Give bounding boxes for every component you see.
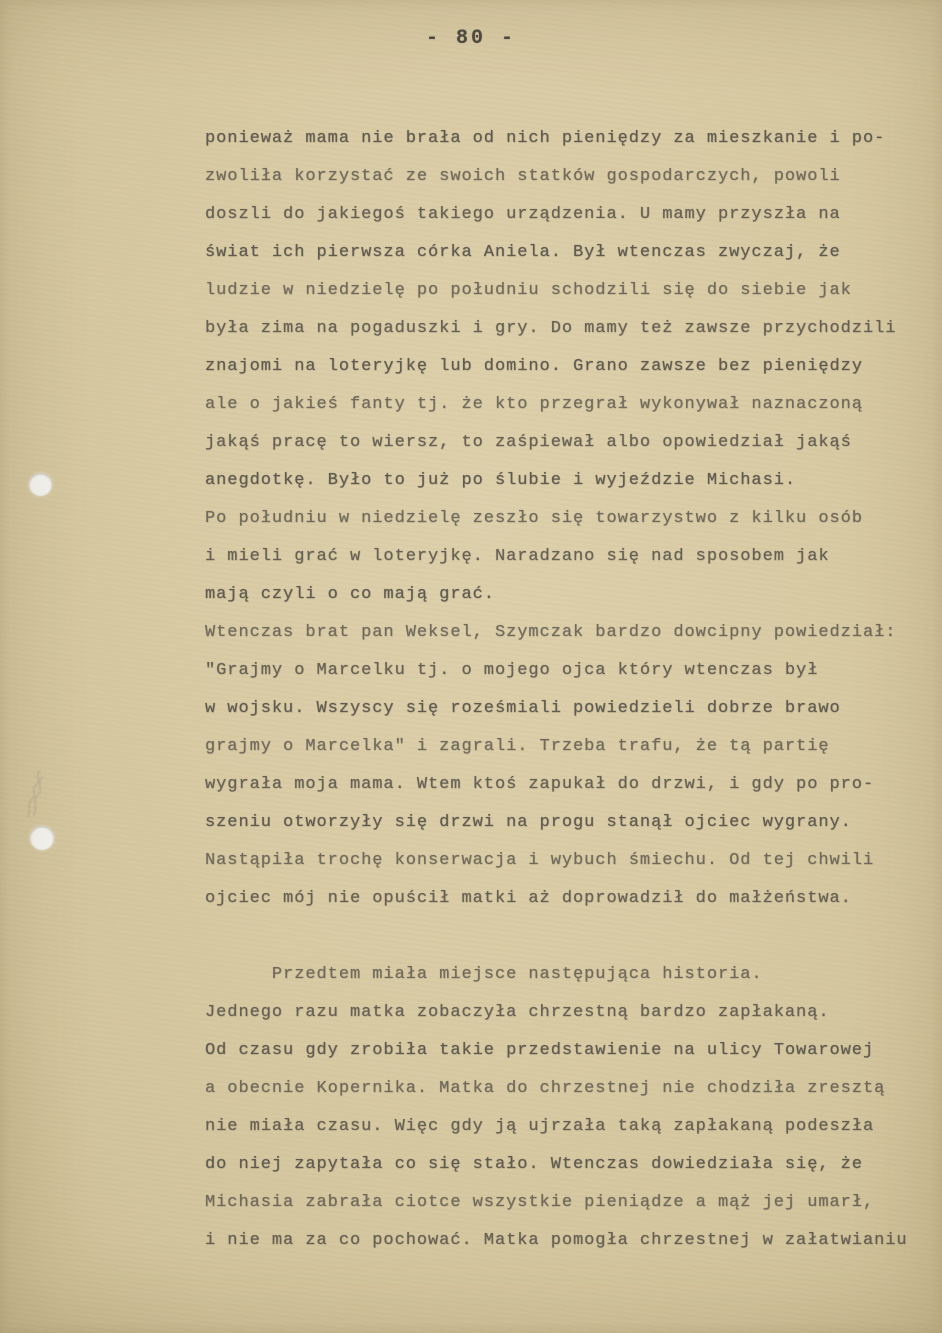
typewritten-line: "Grajmy o Marcelku tj. o mojego ojca któ… xyxy=(205,652,920,690)
hole-punch-top xyxy=(29,473,52,496)
typewritten-line: Od czasu gdy zrobiła takie przedstawieni… xyxy=(205,1032,920,1070)
typewritten-line: świat ich pierwsza córka Aniela. Był wte… xyxy=(205,234,920,272)
typewritten-line xyxy=(205,918,920,956)
typewritten-line: Wtenczas brat pan Weksel, Szymczak bardz… xyxy=(205,614,920,652)
typewritten-line: grajmy o Marcelka" i zagrali. Trzeba tra… xyxy=(205,728,920,766)
typewritten-line: a obecnie Kopernika. Matka do chrzestnej… xyxy=(205,1070,920,1108)
typewritten-line: Jednego razu matka zobaczyła chrzestną b… xyxy=(205,994,920,1032)
typewriter-text-block: ponieważ mama nie brała od nich pieniędz… xyxy=(205,120,920,1260)
typewritten-line: Przedtem miała miejsce następująca histo… xyxy=(205,956,920,994)
hole-punch-bottom xyxy=(30,826,54,850)
typewritten-line: w wojsku. Wszyscy się roześmiali powiedz… xyxy=(205,690,920,728)
typewritten-line: ale o jakieś fanty tj. że kto przegrał w… xyxy=(205,386,920,424)
typewritten-line: znajomi na loteryjkę lub domino. Grano z… xyxy=(205,348,920,386)
typewritten-line: ponieważ mama nie brała od nich pieniędz… xyxy=(205,120,920,158)
typewritten-line: wygrała moja mama. Wtem ktoś zapukał do … xyxy=(205,766,920,804)
scanned-document-page: - 80 - ponieważ mama nie brała od nich p… xyxy=(0,0,942,1333)
pencil-smudge-mark xyxy=(22,765,56,823)
typewritten-line: Po południu w niedzielę zeszło się towar… xyxy=(205,500,920,538)
typewritten-line: i nie ma za co pochować. Matka pomogła c… xyxy=(205,1222,920,1260)
typewritten-line: nie miała czasu. Więc gdy ją ujrzała tak… xyxy=(205,1108,920,1146)
page-number: - 80 - xyxy=(0,27,942,50)
typewritten-line: była zima na pogaduszki i gry. Do mamy t… xyxy=(205,310,920,348)
typewritten-line: Nastąpiła trochę konserwacja i wybuch śm… xyxy=(205,842,920,880)
typewritten-line: doszli do jakiegoś takiego urządzenia. U… xyxy=(205,196,920,234)
typewritten-line: Michasia zabrała ciotce wszystkie pienią… xyxy=(205,1184,920,1222)
typewritten-line: jakąś pracę to wiersz, to zaśpiewał albo… xyxy=(205,424,920,462)
typewritten-line: ludzie w niedzielę po południu schodzili… xyxy=(205,272,920,310)
typewritten-line: szeniu otworzyły się drzwi na progu stan… xyxy=(205,804,920,842)
typewritten-line: do niej zapytała co się stało. Wtenczas … xyxy=(205,1146,920,1184)
typewritten-line: i mieli grać w loteryjkę. Naradzano się … xyxy=(205,538,920,576)
typewritten-line: ojciec mój nie opuścił matki aż doprowad… xyxy=(205,880,920,918)
typewritten-line: anegdotkę. Było to już po ślubie i wyjeź… xyxy=(205,462,920,500)
typewritten-line: zwoliła korzystać ze swoich statków gosp… xyxy=(205,158,920,196)
typewritten-line: mają czyli o co mają grać. xyxy=(205,576,920,614)
